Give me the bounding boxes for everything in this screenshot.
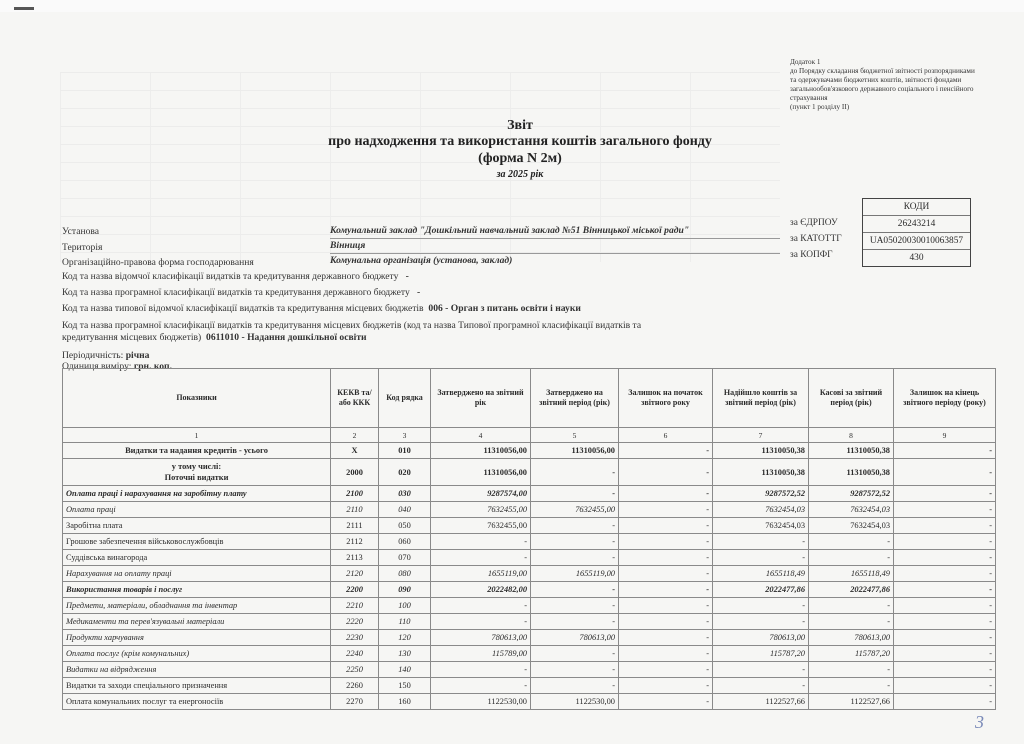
opening-balance-cell: - bbox=[619, 678, 713, 694]
approved-period-cell: - bbox=[531, 459, 619, 486]
kekv-cell: X bbox=[331, 443, 379, 459]
closing-balance-cell: - bbox=[894, 598, 996, 614]
underline bbox=[330, 253, 780, 254]
cash-expenses-cell: - bbox=[809, 534, 894, 550]
row-code-cell: 020 bbox=[379, 459, 431, 486]
kopfg-value: 430 bbox=[863, 249, 970, 266]
cash-expenses-cell: 9287572,52 bbox=[809, 486, 894, 502]
classification-line: кредитування місцевих бюджетів) 0611010 … bbox=[62, 332, 367, 343]
row-indicator: Видатки на відрядження bbox=[63, 662, 331, 678]
legal-form-value: Комунальна організація (установа, заклад… bbox=[330, 255, 512, 266]
classification-line: Код та назва типової відомчої класифікац… bbox=[62, 303, 581, 314]
received-cell: 1655118,49 bbox=[713, 566, 809, 582]
table-row: Оплата праці і нарахування на заробітну … bbox=[63, 486, 996, 502]
received-cell: 9287572,52 bbox=[713, 486, 809, 502]
closing-balance-cell: - bbox=[894, 566, 996, 582]
col-header: Затверджено на звітний рік bbox=[431, 369, 531, 428]
katottg-label: за КАТОТТГ bbox=[790, 234, 842, 244]
closing-balance-cell: - bbox=[894, 630, 996, 646]
table-row: Використання товарів і послуг22000902022… bbox=[63, 582, 996, 598]
edrpou-value: 26243214 bbox=[863, 215, 970, 232]
table-body: Видатки та надання кредитів - усьогоX010… bbox=[63, 443, 996, 710]
row-code-cell: 030 bbox=[379, 486, 431, 502]
approved-period-cell: 7632455,00 bbox=[531, 502, 619, 518]
table-row: Заробітна плата21110507632455,00--763245… bbox=[63, 518, 996, 534]
received-cell: - bbox=[713, 678, 809, 694]
approved-period-cell: - bbox=[531, 678, 619, 694]
row-indicator: у тому числі:Поточні видатки bbox=[63, 459, 331, 486]
table-row: Видатки та надання кредитів - усьогоX010… bbox=[63, 443, 996, 459]
closing-balance-cell: - bbox=[894, 694, 996, 710]
scan-top-strip bbox=[0, 0, 1024, 12]
katottg-value: UA05020030010063857 bbox=[863, 232, 970, 249]
institution-value: Комунальний заклад "Дошкільний навчальни… bbox=[330, 225, 689, 236]
received-cell: - bbox=[713, 614, 809, 630]
opening-balance-cell: - bbox=[619, 598, 713, 614]
row-indicator: Предмети, матеріали, обладнання та інвен… bbox=[63, 598, 331, 614]
closing-balance-cell: - bbox=[894, 486, 996, 502]
closing-balance-cell: - bbox=[894, 678, 996, 694]
received-cell: 780613,00 bbox=[713, 630, 809, 646]
row-code-cell: 140 bbox=[379, 662, 431, 678]
codes-box: КОДИ 26243214 UA05020030010063857 430 bbox=[862, 198, 971, 267]
approved-year-cell: 11310056,00 bbox=[431, 459, 531, 486]
approved-year-cell: 115789,00 bbox=[431, 646, 531, 662]
row-indicator: Оплата послуг (крім комунальних) bbox=[63, 646, 331, 662]
approved-year-cell: - bbox=[431, 678, 531, 694]
row-indicator: Грошове забезпечення військовослужбовців bbox=[63, 534, 331, 550]
appendix-line: загальнообов'язкового державного соціаль… bbox=[790, 85, 1015, 94]
opening-balance-cell: - bbox=[619, 459, 713, 486]
table-row: Видатки на відрядження2250140------ bbox=[63, 662, 996, 678]
column-number: 4 bbox=[431, 428, 531, 443]
cash-expenses-cell: - bbox=[809, 598, 894, 614]
approved-period-cell: - bbox=[531, 486, 619, 502]
received-cell: - bbox=[713, 550, 809, 566]
received-cell: 7632454,03 bbox=[713, 502, 809, 518]
row-indicator: Нарахування на оплату праці bbox=[63, 566, 331, 582]
approved-year-cell: 7632455,00 bbox=[431, 518, 531, 534]
column-number: 6 bbox=[619, 428, 713, 443]
opening-balance-cell: - bbox=[619, 534, 713, 550]
opening-balance-cell: - bbox=[619, 614, 713, 630]
table-row: Грошове забезпечення військовослужбовців… bbox=[63, 534, 996, 550]
cash-expenses-cell: 115787,20 bbox=[809, 646, 894, 662]
row-indicator: Оплата праці bbox=[63, 502, 331, 518]
report-period: за 2025 рік bbox=[300, 169, 740, 180]
row-code-cell: 100 bbox=[379, 598, 431, 614]
approved-year-cell: 1122530,00 bbox=[431, 694, 531, 710]
kekv-cell: 2200 bbox=[331, 582, 379, 598]
row-indicator: Використання товарів і послуг bbox=[63, 582, 331, 598]
kekv-cell: 2112 bbox=[331, 534, 379, 550]
table-row: Видатки та заходи спеціального призначен… bbox=[63, 678, 996, 694]
opening-balance-cell: - bbox=[619, 646, 713, 662]
periodicity: Періодичність: річна bbox=[62, 350, 149, 361]
kopfg-label: за КОПФГ bbox=[790, 250, 833, 260]
received-cell: 2022477,86 bbox=[713, 582, 809, 598]
approved-period-cell: - bbox=[531, 582, 619, 598]
table-row: Оплата комунальних послуг та енергоносії… bbox=[63, 694, 996, 710]
approved-period-cell: - bbox=[531, 518, 619, 534]
territory-value: Вінниця bbox=[330, 240, 365, 251]
column-number: 5 bbox=[531, 428, 619, 443]
territory-label: Територія bbox=[62, 242, 102, 253]
report-table: Показники КЕКВ та/або ККК Код рядка Затв… bbox=[62, 368, 996, 710]
approved-period-cell: 1122530,00 bbox=[531, 694, 619, 710]
kekv-cell: 2110 bbox=[331, 502, 379, 518]
row-code-cell: 130 bbox=[379, 646, 431, 662]
row-code-cell: 090 bbox=[379, 582, 431, 598]
cash-expenses-cell: 11310050,38 bbox=[809, 443, 894, 459]
classification-line: Код та назва програмної класифікації вид… bbox=[62, 320, 641, 331]
cash-expenses-cell: - bbox=[809, 662, 894, 678]
row-code-cell: 040 bbox=[379, 502, 431, 518]
kekv-cell: 2250 bbox=[331, 662, 379, 678]
row-indicator: Продукти харчування bbox=[63, 630, 331, 646]
received-cell: 115787,20 bbox=[713, 646, 809, 662]
approved-year-cell: - bbox=[431, 662, 531, 678]
table-row: Оплата праці21100407632455,007632455,00-… bbox=[63, 502, 996, 518]
edrpou-label: за ЄДРПОУ bbox=[790, 218, 838, 228]
approved-year-cell: 1655119,00 bbox=[431, 566, 531, 582]
kekv-cell: 2270 bbox=[331, 694, 379, 710]
appendix-line: страхування bbox=[790, 94, 1015, 103]
table-row: Нарахування на оплату праці2120080165511… bbox=[63, 566, 996, 582]
row-indicator-line: у тому числі: bbox=[66, 461, 327, 472]
kekv-cell: 2111 bbox=[331, 518, 379, 534]
closing-balance-cell: - bbox=[894, 534, 996, 550]
row-code-cell: 050 bbox=[379, 518, 431, 534]
row-indicator: Оплата комунальних послуг та енергоносії… bbox=[63, 694, 331, 710]
table-row: Суддівська винагорода2113070------ bbox=[63, 550, 996, 566]
approved-period-cell: 1655119,00 bbox=[531, 566, 619, 582]
received-cell: - bbox=[713, 598, 809, 614]
table-row: Медикаменти та перев'язувальні матеріали… bbox=[63, 614, 996, 630]
closing-balance-cell: - bbox=[894, 518, 996, 534]
received-cell: - bbox=[713, 662, 809, 678]
table-row: у тому числі:Поточні видатки200002011310… bbox=[63, 459, 996, 486]
opening-balance-cell: - bbox=[619, 566, 713, 582]
approved-year-cell: - bbox=[431, 614, 531, 630]
approved-period-cell: - bbox=[531, 614, 619, 630]
received-cell: 7632454,03 bbox=[713, 518, 809, 534]
approved-year-cell: 7632455,00 bbox=[431, 502, 531, 518]
row-code-cell: 010 bbox=[379, 443, 431, 459]
approved-year-cell: 780613,00 bbox=[431, 630, 531, 646]
table-header-row: Показники КЕКВ та/або ККК Код рядка Затв… bbox=[63, 369, 996, 428]
column-number: 9 bbox=[894, 428, 996, 443]
row-indicator: Суддівська винагорода bbox=[63, 550, 331, 566]
col-header: Показники bbox=[63, 369, 331, 428]
closing-balance-cell: - bbox=[894, 582, 996, 598]
row-indicator: Видатки та заходи спеціального призначен… bbox=[63, 678, 331, 694]
kekv-cell: 2210 bbox=[331, 598, 379, 614]
row-code-cell: 150 bbox=[379, 678, 431, 694]
table-row: Оплата послуг (крім комунальних)22401301… bbox=[63, 646, 996, 662]
institution-label: Установа bbox=[62, 226, 99, 237]
approved-year-cell: 9287574,00 bbox=[431, 486, 531, 502]
closing-balance-cell: - bbox=[894, 550, 996, 566]
column-number: 7 bbox=[713, 428, 809, 443]
kekv-cell: 2220 bbox=[331, 614, 379, 630]
cash-expenses-cell: 780613,00 bbox=[809, 630, 894, 646]
kekv-cell: 2113 bbox=[331, 550, 379, 566]
cash-expenses-cell: 1122527,66 bbox=[809, 694, 894, 710]
received-cell: 1122527,66 bbox=[713, 694, 809, 710]
column-number: 1 bbox=[63, 428, 331, 443]
approved-period-cell: - bbox=[531, 598, 619, 614]
approved-period-cell: 780613,00 bbox=[531, 630, 619, 646]
opening-balance-cell: - bbox=[619, 486, 713, 502]
approved-year-cell: - bbox=[431, 598, 531, 614]
opening-balance-cell: - bbox=[619, 662, 713, 678]
row-code-cell: 110 bbox=[379, 614, 431, 630]
approved-year-cell: - bbox=[431, 534, 531, 550]
classification-line: Код та назва відомчої класифікації видат… bbox=[62, 271, 409, 282]
opening-balance-cell: - bbox=[619, 518, 713, 534]
kekv-cell: 2120 bbox=[331, 566, 379, 582]
approved-period-cell: - bbox=[531, 662, 619, 678]
column-number: 8 bbox=[809, 428, 894, 443]
row-indicator: Видатки та надання кредитів - усього bbox=[63, 443, 331, 459]
approved-period-cell: - bbox=[531, 550, 619, 566]
table-row: Продукти харчування2230120780613,0078061… bbox=[63, 630, 996, 646]
report-subtitle: про надходження та використання коштів з… bbox=[300, 134, 740, 150]
cash-expenses-cell: 1655118,49 bbox=[809, 566, 894, 582]
cash-expenses-cell: 11310050,38 bbox=[809, 459, 894, 486]
appendix-line: та одержувачами бюджетних коштів, звітно… bbox=[790, 76, 1015, 85]
closing-balance-cell: - bbox=[894, 614, 996, 630]
table-row: Предмети, матеріали, обладнання та інвен… bbox=[63, 598, 996, 614]
kekv-cell: 2230 bbox=[331, 630, 379, 646]
approved-period-cell: - bbox=[531, 534, 619, 550]
kekv-cell: 2000 bbox=[331, 459, 379, 486]
opening-balance-cell: - bbox=[619, 502, 713, 518]
closing-balance-cell: - bbox=[894, 443, 996, 459]
approved-period-cell: 11310056,00 bbox=[531, 443, 619, 459]
approved-year-cell: - bbox=[431, 550, 531, 566]
appendix-line: до Порядку складання бюджетної звітності… bbox=[790, 67, 1015, 76]
column-number: 3 bbox=[379, 428, 431, 443]
received-cell: 11310050,38 bbox=[713, 443, 809, 459]
column-number: 2 bbox=[331, 428, 379, 443]
row-code-cell: 080 bbox=[379, 566, 431, 582]
cash-expenses-cell: 7632454,03 bbox=[809, 518, 894, 534]
approved-year-cell: 2022482,00 bbox=[431, 582, 531, 598]
row-indicator: Медикаменти та перев'язувальні матеріали bbox=[63, 614, 331, 630]
opening-balance-cell: - bbox=[619, 630, 713, 646]
approved-year-cell: 11310056,00 bbox=[431, 443, 531, 459]
row-code-cell: 070 bbox=[379, 550, 431, 566]
col-header: Надійшло коштів за звітний період (рік) bbox=[713, 369, 809, 428]
appendix-note: Додаток 1 до Порядку складання бюджетної… bbox=[790, 58, 1015, 112]
page-number: 3 bbox=[975, 712, 984, 733]
kekv-cell: 2240 bbox=[331, 646, 379, 662]
report-title: Звіт bbox=[300, 118, 740, 134]
opening-balance-cell: - bbox=[619, 694, 713, 710]
row-indicator: Заробітна плата bbox=[63, 518, 331, 534]
closing-balance-cell: - bbox=[894, 459, 996, 486]
report-form: (форма N 2м) bbox=[300, 151, 740, 167]
row-code-cell: 060 bbox=[379, 534, 431, 550]
received-cell: 11310050,38 bbox=[713, 459, 809, 486]
col-header: Залишок на кінець звітного періоду (року… bbox=[894, 369, 996, 428]
row-code-cell: 160 bbox=[379, 694, 431, 710]
codes-header: КОДИ bbox=[863, 199, 970, 215]
cash-expenses-cell: 2022477,86 bbox=[809, 582, 894, 598]
row-indicator: Оплата праці і нарахування на заробітну … bbox=[63, 486, 331, 502]
opening-balance-cell: - bbox=[619, 582, 713, 598]
col-header: КЕКВ та/або ККК bbox=[331, 369, 379, 428]
row-code-cell: 120 bbox=[379, 630, 431, 646]
appendix-line: Додаток 1 bbox=[790, 58, 1015, 67]
cash-expenses-cell: - bbox=[809, 614, 894, 630]
legal-form-label: Організаційно-правова форма господарюван… bbox=[62, 257, 254, 268]
kekv-cell: 2100 bbox=[331, 486, 379, 502]
cash-expenses-cell: - bbox=[809, 550, 894, 566]
opening-balance-cell: - bbox=[619, 550, 713, 566]
col-header: Код рядка bbox=[379, 369, 431, 428]
cash-expenses-cell: - bbox=[809, 678, 894, 694]
kekv-cell: 2260 bbox=[331, 678, 379, 694]
col-header: Залишок на початок звітного року bbox=[619, 369, 713, 428]
approved-period-cell: - bbox=[531, 646, 619, 662]
cash-expenses-cell: 7632454,03 bbox=[809, 502, 894, 518]
received-cell: - bbox=[713, 534, 809, 550]
row-indicator-line: Поточні видатки bbox=[66, 472, 327, 483]
classification-line: Код та назва програмної класифікації вид… bbox=[62, 287, 420, 298]
col-header: Затверджено на звітний період (рік) bbox=[531, 369, 619, 428]
closing-balance-cell: - bbox=[894, 502, 996, 518]
underline bbox=[330, 238, 780, 239]
closing-balance-cell: - bbox=[894, 662, 996, 678]
closing-balance-cell: - bbox=[894, 646, 996, 662]
col-header: Касові за звітний період (рік) bbox=[809, 369, 894, 428]
footer-ghost bbox=[65, 689, 67, 697]
opening-balance-cell: - bbox=[619, 443, 713, 459]
staple-mark bbox=[14, 7, 34, 10]
column-number-row: 123456789 bbox=[63, 428, 996, 443]
appendix-line: (пункт 1 розділу II) bbox=[790, 103, 1015, 112]
